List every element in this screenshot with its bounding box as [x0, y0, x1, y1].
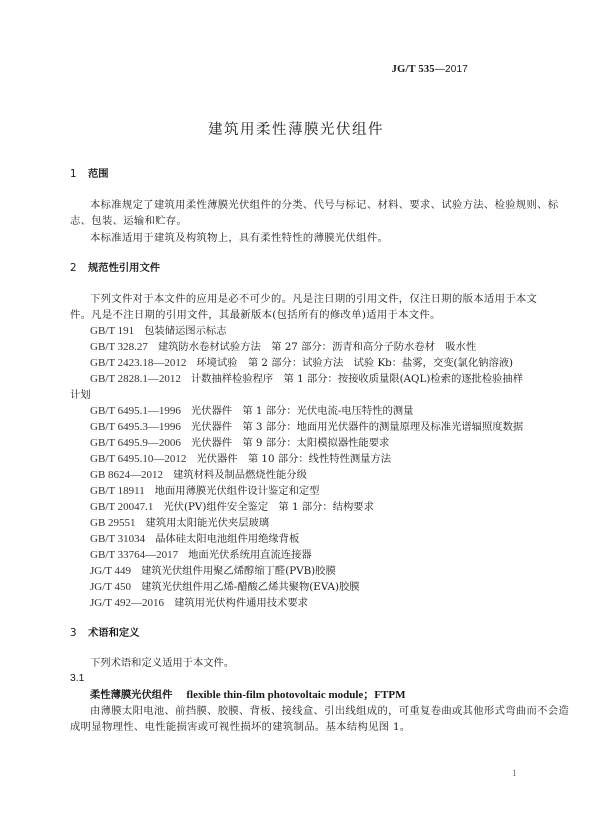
- reference-item: JG/T 449建筑光伏组件用聚乙烯醇缩丁醛(PVB)胶膜: [90, 564, 336, 578]
- reference-code: GB/T 6495.3—1996: [90, 421, 181, 433]
- standard-code: JG/T 535—2017: [392, 64, 468, 75]
- reference-title: 光伏器件 第 3 部分：地面用光伏器件的测量原理及标准光谱辐照度数据: [191, 421, 523, 433]
- section-heading-2: 2规范性引用文件: [70, 261, 160, 275]
- section-title: 范围: [88, 168, 109, 180]
- paragraph-line: 下列文件对于本文件的应用是必不可少的。凡是注日期的引用文件，仅注日期的版本适用于…: [90, 292, 537, 306]
- term-number: 3.1: [70, 672, 84, 686]
- definition-line: 成明显物理性、电性能损害或可视性损坏的建筑制品。基本结构见图 1。: [70, 720, 411, 734]
- reference-code: GB/T 18911: [90, 485, 145, 497]
- reference-title: 光伏器件 第 1 部分：光伏电流-电压特性的测量: [191, 405, 414, 417]
- section-heading-3: 3术语和定义: [70, 626, 139, 640]
- reference-item: GB/T 18911地面用薄膜光伏组件设计鉴定和定型: [90, 484, 319, 498]
- reference-title: 环境试验 第 2 部分：试验方法 试验 Kb：盐雾，交变(氯化钠溶液): [196, 357, 513, 369]
- reference-title: 建筑光伏组件用聚乙烯醇缩丁醛(PVB)胶膜: [141, 565, 336, 577]
- reference-item: GB/T 191包装储运图示标志: [90, 324, 226, 338]
- section-number: 3: [70, 626, 88, 640]
- section-number: 1: [70, 167, 88, 181]
- reference-title: 晶体硅太阳电池组件用绝缘背板: [155, 533, 299, 545]
- paragraph-line: 本标准适用于建筑及构筑物上，具有柔性特性的薄膜光伏组件。: [90, 231, 388, 245]
- reference-code: GB/T 20047.1: [90, 501, 153, 513]
- section-number: 2: [70, 261, 88, 275]
- standard-year: —2017: [435, 64, 468, 75]
- reference-title: 包装储运图示标志: [144, 325, 226, 337]
- document-title: 建筑用柔性薄膜光伏组件: [0, 118, 592, 139]
- section-intro: 下列术语和定义适用于本文件。: [90, 656, 234, 670]
- reference-code: GB/T 2828.1—2012: [90, 373, 181, 385]
- reference-item: JG/T 492—2016建筑用光伏构件通用技术要求: [90, 596, 308, 610]
- term-english: flexible thin-film photovoltaic module；F…: [186, 689, 405, 701]
- reference-code: GB 29551: [90, 517, 136, 529]
- reference-item: GB/T 2828.1—2012计数抽样检验程序 第 1 部分：按接收质量限(A…: [90, 372, 523, 386]
- term-chinese: 柔性薄膜光伏组件: [90, 689, 172, 701]
- reference-title: 建筑用太阳能光伏夹层玻璃: [146, 517, 270, 529]
- reference-title: 建筑防水卷材试验方法 第 27 部分：沥青和高分子防水卷材 吸水性: [158, 341, 476, 353]
- reference-title: 计数抽样检验程序 第 1 部分：按接收质量限(AQL)检索的逐批检验抽样: [191, 373, 523, 385]
- reference-item: GB/T 20047.1光伏(PV)组件安全鉴定 第 1 部分：结构要求: [90, 500, 374, 514]
- paragraph-line: 志、包装、运输和贮存。: [70, 214, 187, 228]
- section-title: 规范性引用文件: [88, 262, 160, 274]
- reference-code: GB/T 6495.9—2006: [90, 437, 181, 449]
- reference-code: GB/T 6495.1—1996: [90, 405, 181, 417]
- reference-item: GB/T 6495.1—1996光伏器件 第 1 部分：光伏电流-电压特性的测量: [90, 404, 413, 418]
- reference-title: 地面光伏系统用直流连接器: [188, 549, 312, 561]
- document-page: JG/T 535—2017 建筑用柔性薄膜光伏组件 1范围 本标准规定了建筑用柔…: [0, 0, 592, 828]
- reference-code: GB/T 33764—2017: [90, 549, 178, 561]
- reference-item: GB/T 6495.3—1996光伏器件 第 3 部分：地面用光伏器件的测量原理…: [90, 420, 523, 434]
- reference-title: 光伏器件 第 9 部分：太阳模拟器性能要求: [191, 437, 389, 449]
- reference-code: JG/T 449: [90, 565, 131, 577]
- reference-code: GB/T 2423.18—2012: [90, 357, 186, 369]
- reference-code: GB/T 6495.10—2012: [90, 453, 186, 465]
- reference-item: GB/T 6495.10—2012光伏器件 第 10 部分：线性特性测量方法: [90, 452, 391, 466]
- reference-title: 光伏器件 第 10 部分：线性特性测量方法: [196, 453, 391, 465]
- term-heading: 柔性薄膜光伏组件flexible thin-film photovoltaic …: [90, 688, 405, 702]
- reference-item: GB/T 33764—2017地面光伏系统用直流连接器: [90, 548, 312, 562]
- section-heading-1: 1范围: [70, 167, 109, 181]
- reference-code: JG/T 492—2016: [90, 597, 164, 609]
- paragraph-line: 件。凡是不注日期的引用文件，其最新版本(包括所有的修改单)适用于本文件。: [70, 308, 441, 322]
- reference-item: JG/T 450建筑光伏组件用乙烯-醋酸乙烯共聚物(EVA)胶膜: [90, 580, 360, 594]
- reference-code: GB/T 191: [90, 325, 134, 337]
- reference-item: GB 29551建筑用太阳能光伏夹层玻璃: [90, 516, 269, 530]
- reference-code: GB 8624—2012: [90, 469, 163, 481]
- reference-title: 建筑用光伏构件通用技术要求: [174, 597, 308, 609]
- reference-item: GB/T 31034晶体硅太阳电池组件用绝缘背板: [90, 532, 299, 546]
- reference-title: 建筑光伏组件用乙烯-醋酸乙烯共聚物(EVA)胶膜: [141, 581, 360, 593]
- reference-title: 地面用薄膜光伏组件设计鉴定和定型: [155, 485, 320, 497]
- section-title: 术语和定义: [88, 627, 139, 639]
- reference-title: 光伏(PV)组件安全鉴定 第 1 部分：结构要求: [163, 501, 374, 513]
- reference-code: JG/T 450: [90, 581, 131, 593]
- reference-item: GB 8624—2012建筑材料及制品燃烧性能分级: [90, 468, 307, 482]
- reference-title: 建筑材料及制品燃烧性能分级: [173, 469, 307, 481]
- reference-item: GB/T 328.27建筑防水卷材试验方法 第 27 部分：沥青和高分子防水卷材…: [90, 340, 476, 354]
- standard-number: JG/T 535: [392, 64, 435, 75]
- reference-code: GB/T 328.27: [90, 341, 148, 353]
- definition-line: 由薄膜太阳电池、前挡膜、胶膜、背板、接线盒、引出线组成的，可重复卷曲或其他形式弯…: [90, 704, 569, 718]
- paragraph-line: 本标准规定了建筑用柔性薄膜光伏组件的分类、代号与标记、材料、要求、试验方法、检验…: [90, 198, 558, 212]
- reference-item: GB/T 6495.9—2006光伏器件 第 9 部分：太阳模拟器性能要求: [90, 436, 389, 450]
- reference-item: GB/T 2423.18—2012环境试验 第 2 部分：试验方法 试验 Kb：…: [90, 356, 513, 370]
- reference-code: GB/T 31034: [90, 533, 145, 545]
- page-number: 1: [512, 768, 517, 778]
- reference-continuation: 计划: [70, 388, 91, 402]
